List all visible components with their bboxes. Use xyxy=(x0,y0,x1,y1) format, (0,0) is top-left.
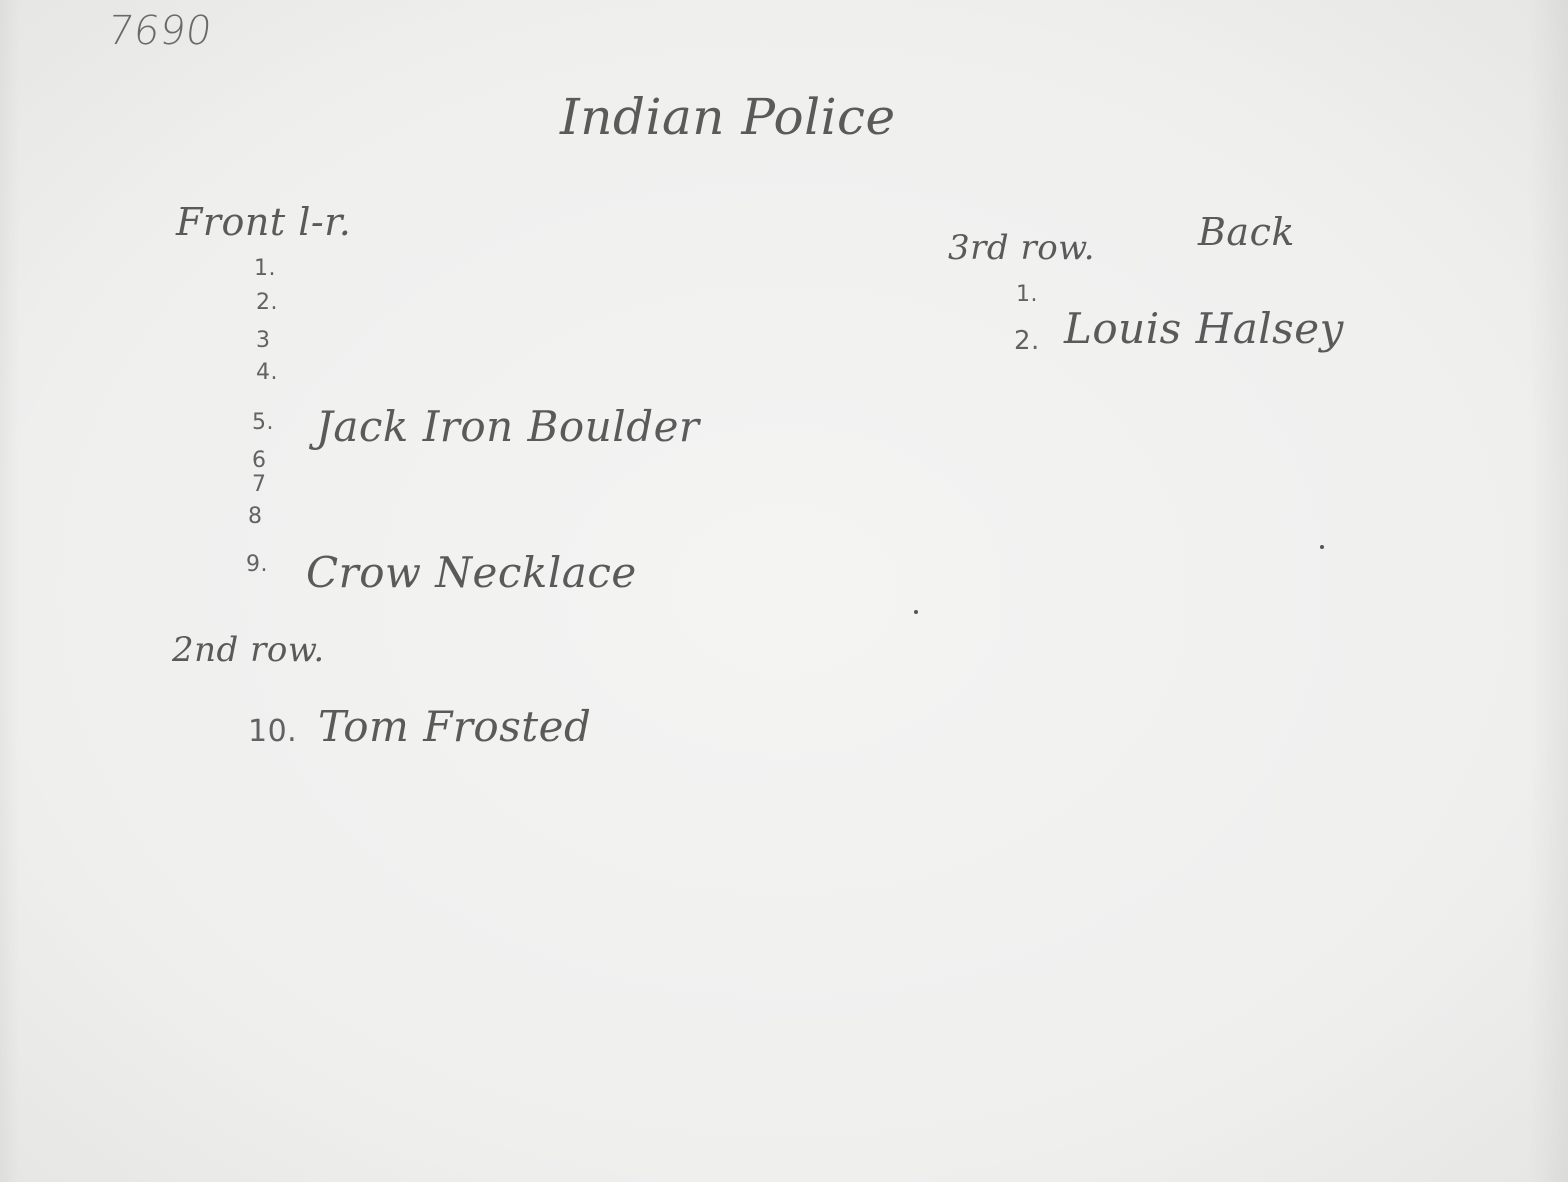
second-row-header: 2nd row. xyxy=(172,630,325,670)
paper-speck xyxy=(914,610,918,614)
third-row-back-label: Back xyxy=(1198,210,1295,254)
front-entry-5-name: Jack Iron Boulder xyxy=(316,402,700,451)
front-entry-6-number: 6 xyxy=(252,448,267,473)
front-row-header: Front l-r. xyxy=(176,200,351,244)
front-entry-9-name: Crow Necklace xyxy=(306,548,637,597)
front-entry-2-number: 2. xyxy=(256,290,278,315)
second-entry-10-name: Tom Frosted xyxy=(318,702,591,751)
front-entry-5-number: 5. xyxy=(252,410,274,435)
third-entry-1-number: 1. xyxy=(1016,282,1038,307)
paper-edge-shadow-right xyxy=(1528,0,1568,1182)
front-entry-4-number: 4. xyxy=(256,360,278,385)
third-entry-2-name: Louis Halsey xyxy=(1064,304,1344,353)
front-entry-7-number: 7 xyxy=(252,472,267,497)
catalog-number: 7690 xyxy=(105,8,215,54)
paper-background xyxy=(0,0,1568,1182)
paper-speck xyxy=(1320,545,1324,549)
front-entry-8-number: 8 xyxy=(248,504,263,529)
second-entry-10-number: 10. xyxy=(248,714,297,749)
front-entry-3-number: 3 xyxy=(256,328,271,353)
third-row-header: 3rd row. xyxy=(948,228,1095,268)
document-title: Indian Police xyxy=(560,88,896,146)
front-entry-9-number: 9. xyxy=(246,552,268,577)
paper-edge-shadow-left xyxy=(0,0,20,1182)
third-entry-2-number: 2. xyxy=(1014,326,1040,356)
front-entry-1-number: 1. xyxy=(254,256,276,281)
